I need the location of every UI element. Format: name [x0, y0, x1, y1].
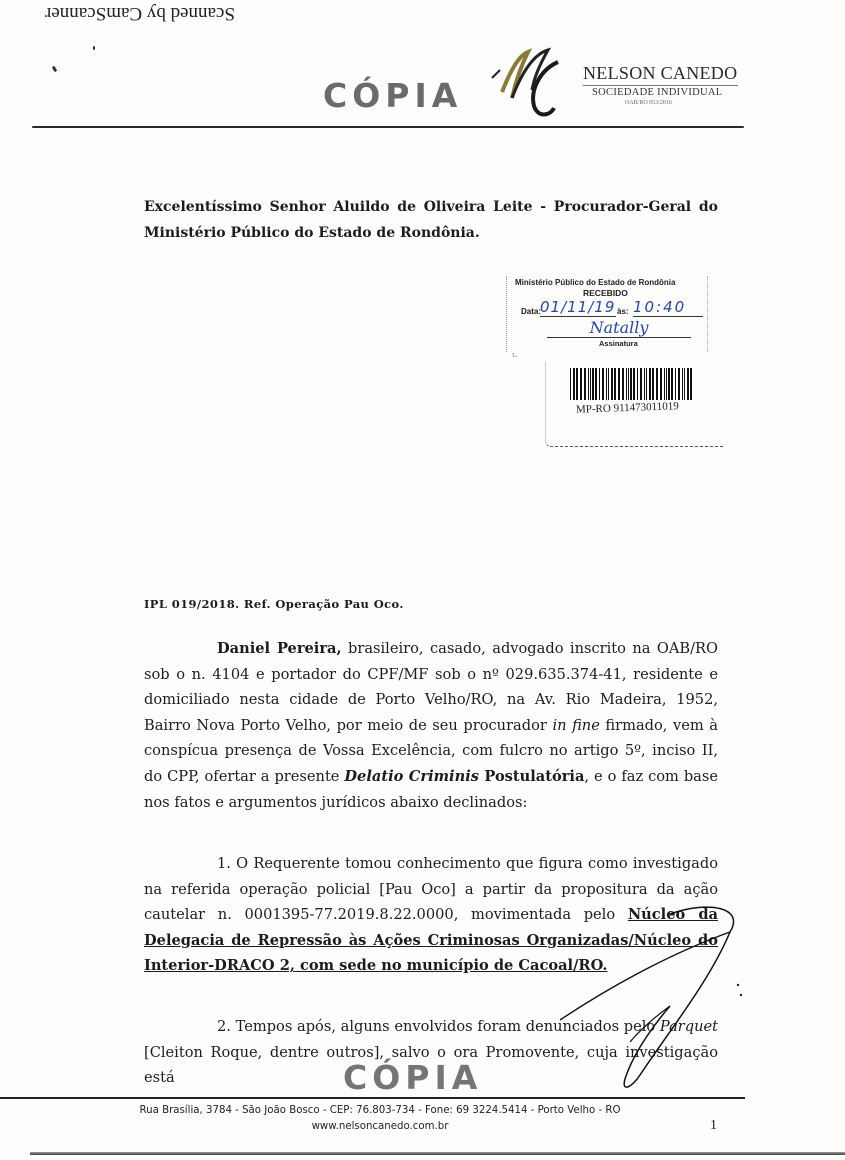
petitioner-name: Daniel Pereira, [217, 640, 342, 657]
addressee: Excelentíssimo Senhor Aluildo de Oliveir… [144, 194, 718, 246]
stamp-title: Ministério Público do Estado de Rondônia [515, 278, 675, 287]
barcode-icon [570, 368, 694, 400]
page-number: 1 [710, 1118, 717, 1134]
stamp-mark: ʟ. [512, 351, 518, 359]
receipt-stamp: Ministério Público do Estado de Rondônia… [506, 276, 708, 352]
stamp-status: RECEBIDO [583, 288, 628, 298]
paragraph-2-text: 2. Tempos após, alguns envolvidos foram … [217, 1018, 660, 1035]
paragraph-2-parquet: Parquet [660, 1018, 718, 1035]
header-divider [32, 126, 744, 128]
barcode-number: MP-RO 911473011019 [576, 400, 679, 416]
nc-monogram-logo-icon [488, 42, 578, 120]
copy-stamp-header: CÓPIA [323, 76, 462, 115]
barcode-label: MP-RO 911473011019 [545, 362, 724, 447]
brand-name: NELSON CANEDO [583, 63, 737, 84]
brand-registration: OAB/RO 053/2016 [625, 100, 672, 106]
footer-address: Rua Brasília, 3784 - São João Bosco - CE… [100, 1105, 660, 1116]
intro-paragraph: Daniel Pereira, brasileiro, casado, advo… [144, 636, 718, 815]
intro-postulatoria: Postulatória [479, 768, 584, 785]
stamp-time-label: às: [617, 307, 629, 316]
stamp-time: 10:40 [633, 298, 703, 317]
footer-divider [0, 1097, 745, 1099]
intro-latin-term: in fine [552, 717, 599, 734]
brand-subtitle: SOCIEDADE INDIVIDUAL [592, 87, 723, 98]
reference-line: IPL 019/2018. Ref. Operação Pau Oco. [144, 592, 718, 618]
stamp-signature: Natally [547, 320, 691, 338]
footer-website[interactable]: www.nelsoncanedo.com.br [100, 1121, 660, 1132]
paragraph-1: 1. O Requerente tomou conhecimento que f… [144, 851, 718, 979]
page-edge [30, 1152, 845, 1155]
copy-stamp-footer: CÓPIA [343, 1058, 482, 1097]
scanner-watermark: Scanned by CamScanner [20, 2, 260, 24]
intro-delatio: Delatio Criminis [344, 768, 479, 785]
brand-divider [583, 85, 738, 86]
stamp-signature-label: Assinatura [599, 339, 638, 348]
stamp-date: 01/11/19 [540, 298, 616, 317]
scan-speck [93, 46, 95, 50]
stamp-date-label: Data: [521, 307, 541, 316]
scan-speck [52, 66, 58, 73]
